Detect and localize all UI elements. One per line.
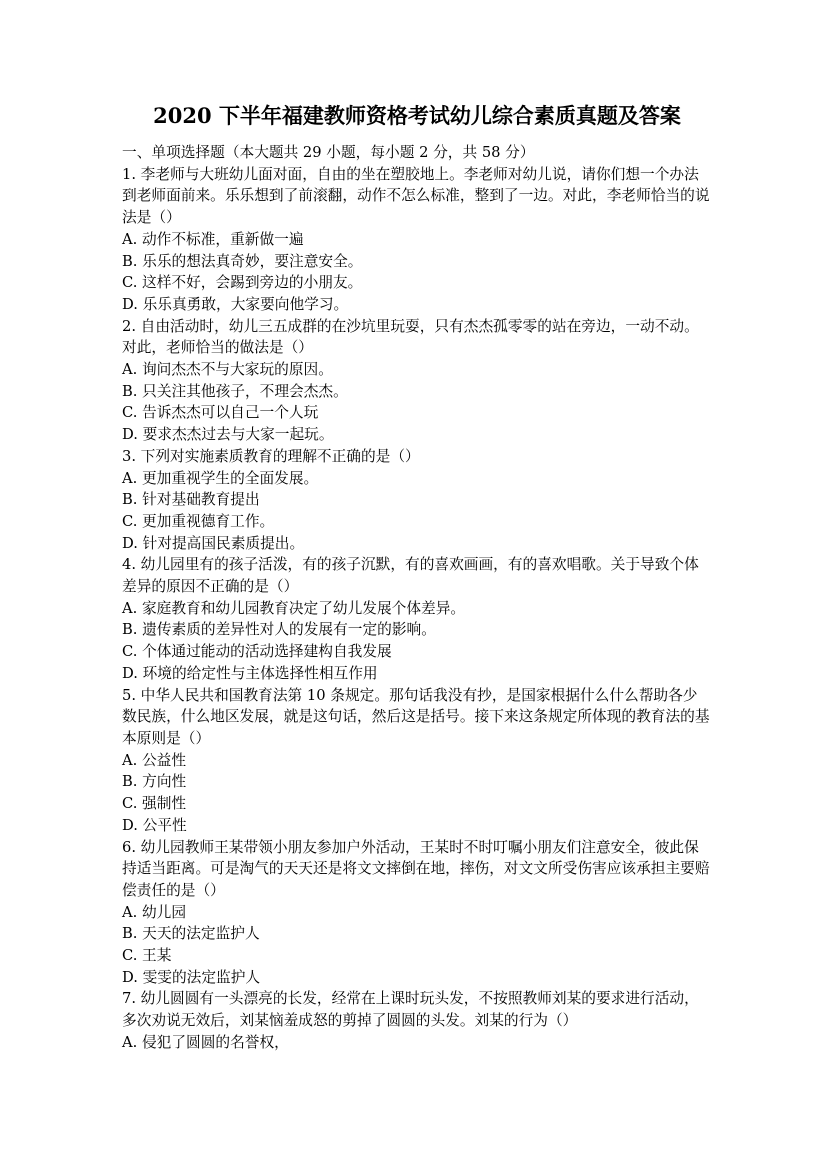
question-option: D. 公平性 bbox=[122, 815, 712, 837]
question-block: 1. 李老师与大班幼儿面对面，自由的坐在塑胶地上。李老师对幼儿说，请你们想一个办… bbox=[122, 164, 712, 316]
question-option: C. 更加重视德育工作。 bbox=[122, 511, 712, 533]
question-option: C. 这样不好，会踢到旁边的小朋友。 bbox=[122, 272, 712, 294]
question-block: 2. 自由活动时，幼儿三五成群的在沙坑里玩耍，只有杰杰孤零零的站在旁边，一动不动… bbox=[122, 316, 712, 446]
question-stem: 7. 幼儿圆圆有一头漂亮的长发，经常在上课时玩头发，不按照教师刘某的要求进行活动… bbox=[122, 988, 712, 1031]
question-option: D. 针对提高国民素质提出。 bbox=[122, 533, 712, 555]
question-stem: 4. 幼儿园里有的孩子活泼，有的孩子沉默，有的喜欢画画，有的喜欢唱歌。关于导致个… bbox=[122, 554, 712, 597]
question-option: A. 询问杰杰不与大家玩的原因。 bbox=[122, 359, 712, 381]
question-option: D. 雯雯的法定监护人 bbox=[122, 967, 712, 989]
question-option: A. 家庭教育和幼儿园教育决定了幼儿发展个体差异。 bbox=[122, 598, 712, 620]
question-option: C. 个体通过能动的活动选择建构自我发展 bbox=[122, 641, 712, 663]
question-stem: 6. 幼儿园教师王某带领小朋友参加户外活动，王某时不时叮嘱小朋友们注意安全，彼此… bbox=[122, 837, 712, 902]
question-block: 7. 幼儿圆圆有一头漂亮的长发，经常在上课时玩头发，不按照教师刘某的要求进行活动… bbox=[122, 988, 712, 1053]
question-stem: 3. 下列对实施素质教育的理解不正确的是（） bbox=[122, 446, 712, 468]
question-stem: 1. 李老师与大班幼儿面对面，自由的坐在塑胶地上。李老师对幼儿说，请你们想一个办… bbox=[122, 164, 712, 229]
question-option: C. 告诉杰杰可以自己一个人玩 bbox=[122, 402, 712, 424]
document-title: 2020 下半年福建教师资格考试幼儿综合素质真题及答案 bbox=[122, 102, 712, 129]
question-option: A. 公益性 bbox=[122, 750, 712, 772]
question-option: B. 天天的法定监护人 bbox=[122, 923, 712, 945]
section-header: 一、单项选择题（本大题共 29 小题，每小题 2 分，共 58 分） bbox=[122, 142, 712, 164]
question-option: D. 环境的给定性与主体选择性相互作用 bbox=[122, 663, 712, 685]
questions-list: 1. 李老师与大班幼儿面对面，自由的坐在塑胶地上。李老师对幼儿说，请你们想一个办… bbox=[122, 164, 712, 1054]
question-block: 4. 幼儿园里有的孩子活泼，有的孩子沉默，有的喜欢画画，有的喜欢唱歌。关于导致个… bbox=[122, 554, 712, 684]
question-option: B. 针对基础教育提出 bbox=[122, 489, 712, 511]
question-option: A. 侵犯了圆圆的名誉权， bbox=[122, 1032, 712, 1054]
question-block: 6. 幼儿园教师王某带领小朋友参加户外活动，王某时不时叮嘱小朋友们注意安全，彼此… bbox=[122, 837, 712, 989]
question-option: B. 方向性 bbox=[122, 771, 712, 793]
exam-document: 2020 下半年福建教师资格考试幼儿综合素质真题及答案 一、单项选择题（本大题共… bbox=[122, 102, 712, 1054]
question-option: A. 更加重视学生的全面发展。 bbox=[122, 468, 712, 490]
question-stem: 5. 中华人民共和国教育法第 10 条规定。那句话我没有抄，是国家根据什么什么帮… bbox=[122, 685, 712, 750]
question-option: C. 强制性 bbox=[122, 793, 712, 815]
question-option: C. 王某 bbox=[122, 945, 712, 967]
question-block: 5. 中华人民共和国教育法第 10 条规定。那句话我没有抄，是国家根据什么什么帮… bbox=[122, 685, 712, 837]
question-option: A. 动作不标准，重新做一遍 bbox=[122, 229, 712, 251]
question-option: B. 只关注其他孩子，不理会杰杰。 bbox=[122, 381, 712, 403]
question-option: D. 乐乐真勇敢，大家要向他学习。 bbox=[122, 294, 712, 316]
question-option: D. 要求杰杰过去与大家一起玩。 bbox=[122, 424, 712, 446]
question-option: B. 遗传素质的差异性对人的发展有一定的影响。 bbox=[122, 619, 712, 641]
question-option: A. 幼儿园 bbox=[122, 902, 712, 924]
question-stem: 2. 自由活动时，幼儿三五成群的在沙坑里玩耍，只有杰杰孤零零的站在旁边，一动不动… bbox=[122, 316, 712, 359]
question-block: 3. 下列对实施素质教育的理解不正确的是（）A. 更加重视学生的全面发展。B. … bbox=[122, 446, 712, 555]
question-option: B. 乐乐的想法真奇妙，要注意安全。 bbox=[122, 251, 712, 273]
